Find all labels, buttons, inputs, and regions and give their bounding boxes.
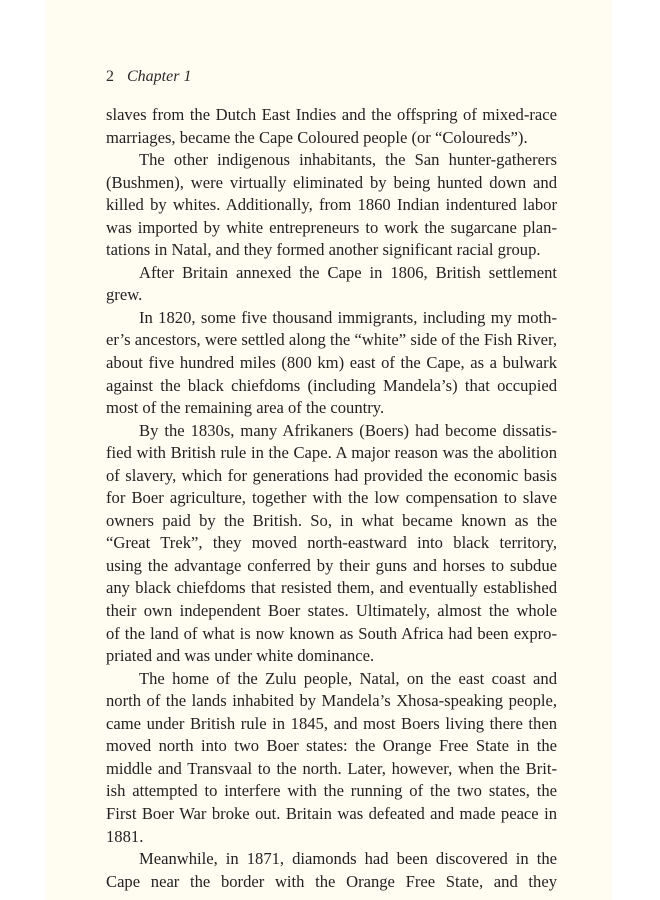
- body-text: slaves from the Dutch East Indies and th…: [106, 104, 557, 893]
- text-line: “Great Trek”, they moved north-eastward …: [106, 532, 557, 555]
- text-line: was imported by white entrepreneurs to w…: [106, 217, 557, 240]
- text-line: north of the lands inhabited by Mandela’…: [106, 690, 557, 713]
- text-line: middle and Transvaal to the north. Later…: [106, 758, 557, 781]
- paragraph-first-line: The home of the Zulu people, Natal, on t…: [106, 668, 557, 691]
- text-line: priated and was under white dominance.: [106, 645, 557, 668]
- text-line: against the black chiefdoms (including M…: [106, 375, 557, 398]
- chapter-title: Chapter 1: [127, 68, 191, 85]
- page-number: 2: [106, 68, 114, 85]
- paragraph-first-line: By the 1830s, many Afrikaners (Boers) ha…: [106, 420, 557, 443]
- text-line: ish attempted to interfere with the runn…: [106, 780, 557, 803]
- text-line: of the land of what is now known as Sout…: [106, 623, 557, 646]
- text-line: fied with British rule in the Cape. A ma…: [106, 442, 557, 465]
- text-line: tations in Natal, and they formed anothe…: [106, 239, 557, 262]
- text-line: their own independent Boer states. Ultim…: [106, 600, 557, 623]
- text-line: owners paid by the British. So, in what …: [106, 510, 557, 533]
- text-line: for Boer agriculture, together with the …: [106, 487, 557, 510]
- paragraph-first-line: After Britain annexed the Cape in 1806, …: [106, 262, 557, 285]
- running-head: 2 Chapter 1: [106, 68, 191, 86]
- text-line: any black chiefdoms that resisted them, …: [106, 577, 557, 600]
- text-line: (Bushmen), were virtually eliminated by …: [106, 172, 557, 195]
- text-line: First Boer War broke out. Britain was de…: [106, 803, 557, 826]
- text-line: most of the remaining area of the countr…: [106, 397, 557, 420]
- paragraph-first-line: In 1820, some five thousand immigrants, …: [106, 307, 557, 330]
- text-line: slaves from the Dutch East Indies and th…: [106, 104, 557, 127]
- text-line: Cape near the border with the Orange Fre…: [106, 871, 557, 894]
- paragraph-first-line: The other indigenous inhabitants, the Sa…: [106, 149, 557, 172]
- text-line: of slavery, which for generations had pr…: [106, 465, 557, 488]
- text-line: came under British rule in 1845, and mos…: [106, 713, 557, 736]
- text-line: about five hundred miles (800 km) east o…: [106, 352, 557, 375]
- text-line: using the advantage conferred by their g…: [106, 555, 557, 578]
- text-line: moved north into two Boer states: the Or…: [106, 735, 557, 758]
- text-line: grew.: [106, 284, 557, 307]
- text-line: marriages, became the Cape Coloured peop…: [106, 127, 557, 150]
- text-line: 1881.: [106, 826, 557, 849]
- paragraph-first-line: Meanwhile, in 1871, diamonds had been di…: [106, 848, 557, 871]
- text-line: er’s ancestors, were settled along the “…: [106, 329, 557, 352]
- text-line: killed by whites. Additionally, from 186…: [106, 194, 557, 217]
